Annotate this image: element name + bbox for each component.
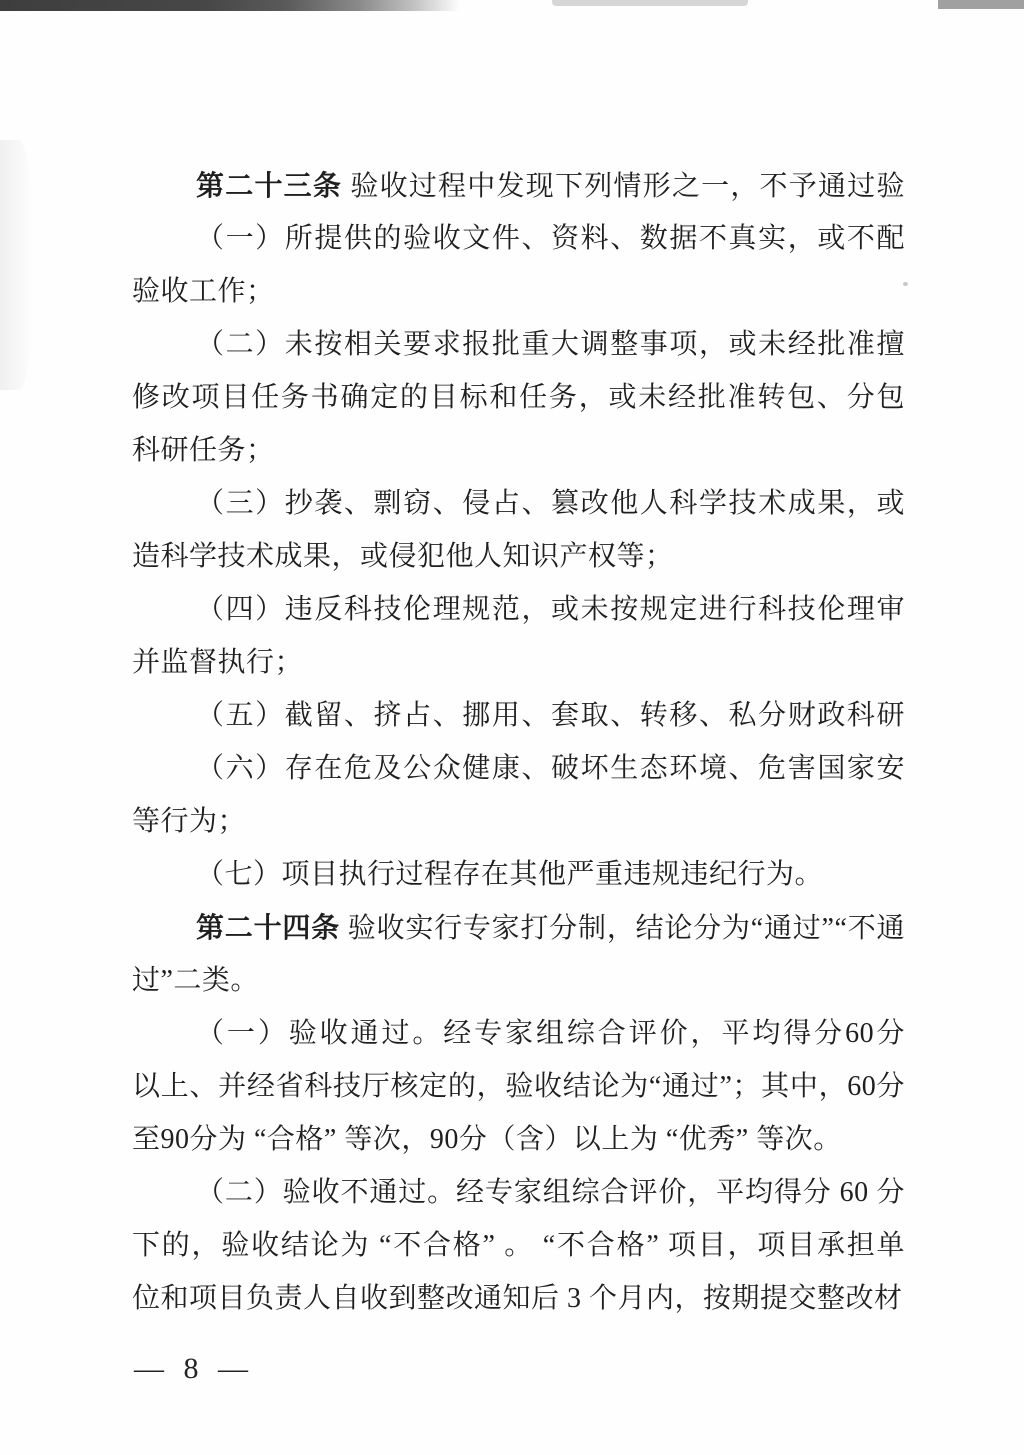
text-segment: 造科学技术成果，或侵犯他人知识产权等；	[132, 541, 674, 572]
text-segment: （一）所提供的验收文件、资料、数据不真实，或不配合	[196, 223, 905, 265]
text-segment: （六）存在危及公众健康、破坏生态环境、危害国家安全	[196, 753, 905, 795]
article-23-item-6-line: 等行为；	[132, 795, 905, 848]
article-24-line: 过”二类。	[132, 954, 905, 1007]
article-23-item-2-line: 科研任务；	[132, 424, 905, 477]
text-segment: （三）抄袭、剽窃、侵占、篡改他人科学技术成果，或编	[196, 488, 905, 530]
text-segment: （一）验收通过。经专家组综合评价，平均得分60分（含）	[196, 1018, 905, 1060]
document-body: 第二十三条 验收过程中发现下列情形之一，不予通过验收：（一）所提供的验收文件、资…	[132, 159, 905, 1325]
scan-edge-artifact-right	[938, 0, 1024, 9]
article-23-item-6-line: （六）存在危及公众健康、破坏生态环境、危害国家安全	[132, 742, 905, 795]
text-segment: （七）项目执行过程存在其他严重违规违纪行为。	[196, 859, 823, 890]
text-segment: 并监督执行；	[132, 647, 303, 678]
text-segment: 验收实行专家打分制，结论分为“通过”“不通	[340, 913, 905, 944]
article-23-item-4-line: 并监督执行；	[132, 636, 905, 689]
scan-smudge	[0, 140, 34, 390]
scan-edge-artifact-left	[0, 0, 460, 11]
article-23-item-2-line: （二）未按相关要求报批重大调整事项，或未经批准擅自	[132, 318, 905, 371]
text-segment: （五）截留、挤占、挪用、套取、转移、私分财政科研资金；	[196, 700, 905, 742]
article-23-item-7-line: （七）项目执行过程存在其他严重违规违纪行为。	[132, 848, 905, 901]
scan-edge-artifact-middle	[552, 0, 748, 6]
article-23-item-4-line: （四）违反科技伦理规范，或未按规定进行科技伦理审查	[132, 583, 905, 636]
article-24-item-2-line: 下的，验收结论为 “不合格” 。 “不合格” 项目，项目承担单	[132, 1219, 905, 1272]
article-23-item-5-line: （五）截留、挤占、挪用、套取、转移、私分财政科研资金；	[132, 689, 905, 742]
article-24-item-1-line: 以上、并经省科技厅核定的，验收结论为“通过”；其中，60分（含）	[132, 1060, 905, 1113]
text-segment: 过”二类。	[132, 965, 259, 996]
article-23-item-3-line: 造科学技术成果，或侵犯他人知识产权等；	[132, 530, 905, 583]
text-segment: 科研任务；	[132, 435, 275, 466]
article-24-item-2-line: 位和项目负责人自收到整改通知后 3 个月内，按期提交整改材	[132, 1272, 905, 1325]
article-24-line: 第二十四条 验收实行专家打分制，结论分为“通过”“不通	[132, 901, 905, 954]
article-24-item-1-line: （一）验收通过。经专家组综合评价，平均得分60分（含）	[132, 1007, 905, 1060]
text-segment: 至90分为 “合格” 等次，90分（含）以上为 “优秀” 等次。	[132, 1124, 842, 1155]
text-segment: 下的，验收结论为 “不合格” 。 “不合格” 项目，项目承担单	[132, 1230, 905, 1261]
scanned-document-page: 第二十三条 验收过程中发现下列情形之一，不予通过验收：（一）所提供的验收文件、资…	[0, 0, 1024, 1455]
article-23-item-1-line: 验收工作；	[132, 265, 905, 318]
article-23-item-2-line: 修改项目任务书确定的目标和任务，或未经批准转包、分包	[132, 371, 905, 424]
text-segment: （二）未按相关要求报批重大调整事项，或未经批准擅自	[196, 329, 905, 371]
text-segment: 修改项目任务书确定的目标和任务，或未经批准转包、分包	[132, 382, 905, 413]
text-segment: 以上、并经省科技厅核定的，验收结论为“通过”；其中，60分（含）	[132, 1071, 905, 1113]
text-segment: 等行为；	[132, 806, 246, 837]
text-segment: （四）违反科技伦理规范，或未按规定进行科技伦理审查	[196, 594, 905, 636]
text-segment: 位和项目负责人自收到整改通知后 3 个月内，按期提交整改材	[132, 1283, 903, 1314]
article-23-item-1-line: （一）所提供的验收文件、资料、数据不真实，或不配合	[132, 212, 905, 265]
article-number-label: 第二十四条	[196, 912, 340, 943]
article-23-item-3-line: （三）抄袭、剽窃、侵占、篡改他人科学技术成果，或编	[132, 477, 905, 530]
page-number: — 8 —	[134, 1348, 249, 1390]
article-24-item-2-line: （二）验收不通过。经专家组综合评价，平均得分 60 分以	[132, 1166, 905, 1219]
article-24-item-1-line: 至90分为 “合格” 等次，90分（含）以上为 “优秀” 等次。	[132, 1113, 905, 1166]
article-23-line: 第二十三条 验收过程中发现下列情形之一，不予通过验收：	[132, 159, 905, 212]
text-segment: 验收工作；	[132, 276, 275, 307]
article-number-label: 第二十三条	[196, 170, 342, 201]
text-segment: （二）验收不通过。经专家组综合评价，平均得分 60 分以	[196, 1177, 905, 1219]
